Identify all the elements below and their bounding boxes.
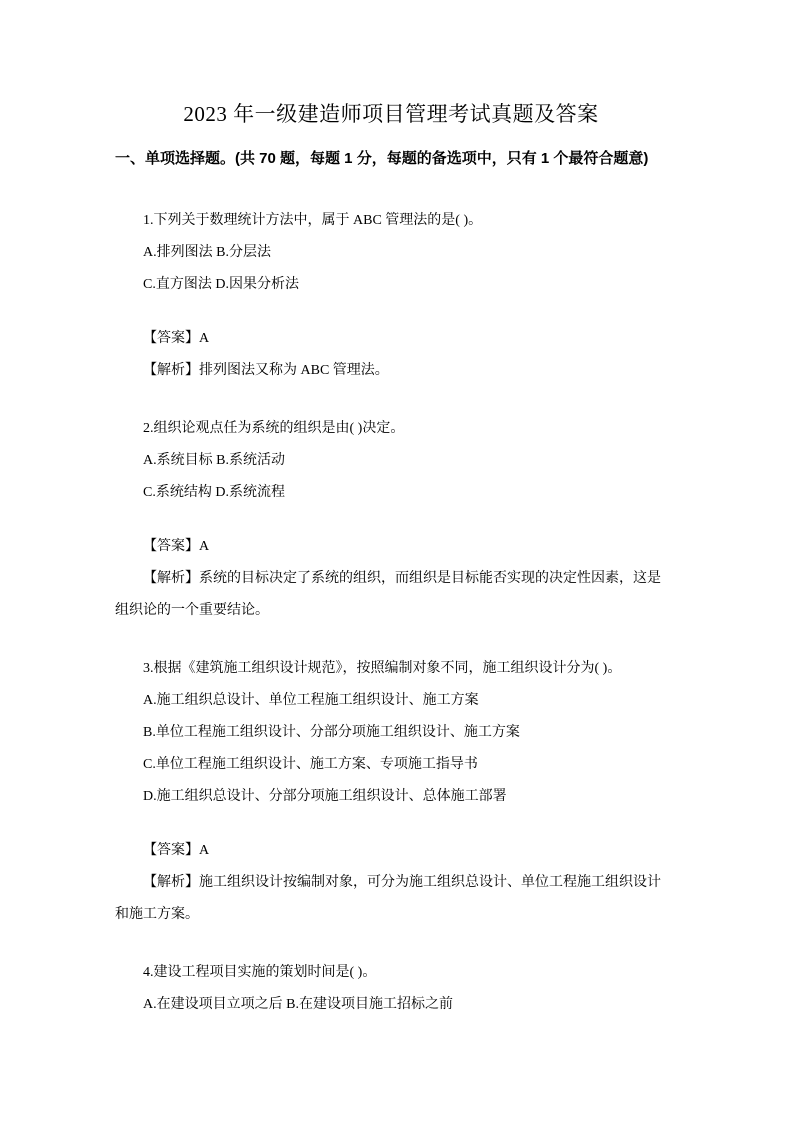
question-stem: 2.组织论观点任为系统的组织是由( )决定。 bbox=[115, 413, 667, 445]
option-line: B.单位工程施工组织设计、分部分项施工组织设计、施工方案 bbox=[115, 717, 667, 749]
answer-block: 【答案】A 【解析】排列图法又称为 ABC 管理法。 bbox=[115, 323, 667, 387]
option-line: D.施工组织总设计、分部分项施工组织设计、总体施工部署 bbox=[115, 781, 667, 813]
page-title: 2023 年一级建造师项目管理考试真题及答案 bbox=[115, 98, 667, 131]
answer-line: 【答案】A bbox=[115, 835, 667, 867]
document-content: 2023 年一级建造师项目管理考试真题及答案 一、单项选择题。(共 70 题，每… bbox=[0, 0, 794, 1123]
option-line: A.施工组织总设计、单位工程施工组织设计、施工方案 bbox=[115, 685, 667, 717]
question-stem: 3.根据《建筑施工组织设计规范》，按照编制对象不同，施工组织设计分为( )。 bbox=[115, 653, 667, 685]
question-block-1: 1.下列关于数理统计方法中，属于 ABC 管理法的是( )。 A.排列图法 B.… bbox=[115, 205, 667, 387]
analysis-line: 【解析】施工组织设计按编制对象，可分为施工组织总设计、单位工程施工组织设计和施工… bbox=[115, 867, 667, 931]
answer-line: 【答案】A bbox=[115, 323, 667, 355]
option-line: C.直方图法 D.因果分析法 bbox=[115, 269, 667, 301]
question-stem: 4.建设工程项目实施的策划时间是( )。 bbox=[115, 957, 667, 989]
question-block-2: 2.组织论观点任为系统的组织是由( )决定。 A.系统目标 B.系统活动 C.系… bbox=[115, 413, 667, 627]
option-line: C.系统结构 D.系统流程 bbox=[115, 477, 667, 509]
question-block-4: 4.建设工程项目实施的策划时间是( )。 A.在建设项目立项之后 B.在建设项目… bbox=[115, 957, 667, 1021]
option-line: A.在建设项目立项之后 B.在建设项目施工招标之前 bbox=[115, 989, 667, 1021]
option-line: C.单位工程施工组织设计、施工方案、专项施工指导书 bbox=[115, 749, 667, 781]
question-stem: 1.下列关于数理统计方法中，属于 ABC 管理法的是( )。 bbox=[115, 205, 667, 237]
option-line: A.排列图法 B.分层法 bbox=[115, 237, 667, 269]
analysis-line: 【解析】系统的目标决定了系统的组织，而组织是目标能否实现的决定性因素，这是组织论… bbox=[115, 563, 667, 627]
section-header: 一、单项选择题。(共 70 题，每题 1 分，每题的备选项中，只有 1 个最符合… bbox=[115, 143, 667, 175]
answer-block: 【答案】A 【解析】系统的目标决定了系统的组织，而组织是目标能否实现的决定性因素… bbox=[115, 531, 667, 627]
question-block-3: 3.根据《建筑施工组织设计规范》，按照编制对象不同，施工组织设计分为( )。 A… bbox=[115, 653, 667, 931]
answer-line: 【答案】A bbox=[115, 531, 667, 563]
analysis-line: 【解析】排列图法又称为 ABC 管理法。 bbox=[115, 355, 667, 387]
answer-block: 【答案】A 【解析】施工组织设计按编制对象，可分为施工组织总设计、单位工程施工组… bbox=[115, 835, 667, 931]
document-page: 2023 年一级建造师项目管理考试真题及答案 一、单项选择题。(共 70 题，每… bbox=[0, 0, 794, 1123]
option-line: A.系统目标 B.系统活动 bbox=[115, 445, 667, 477]
